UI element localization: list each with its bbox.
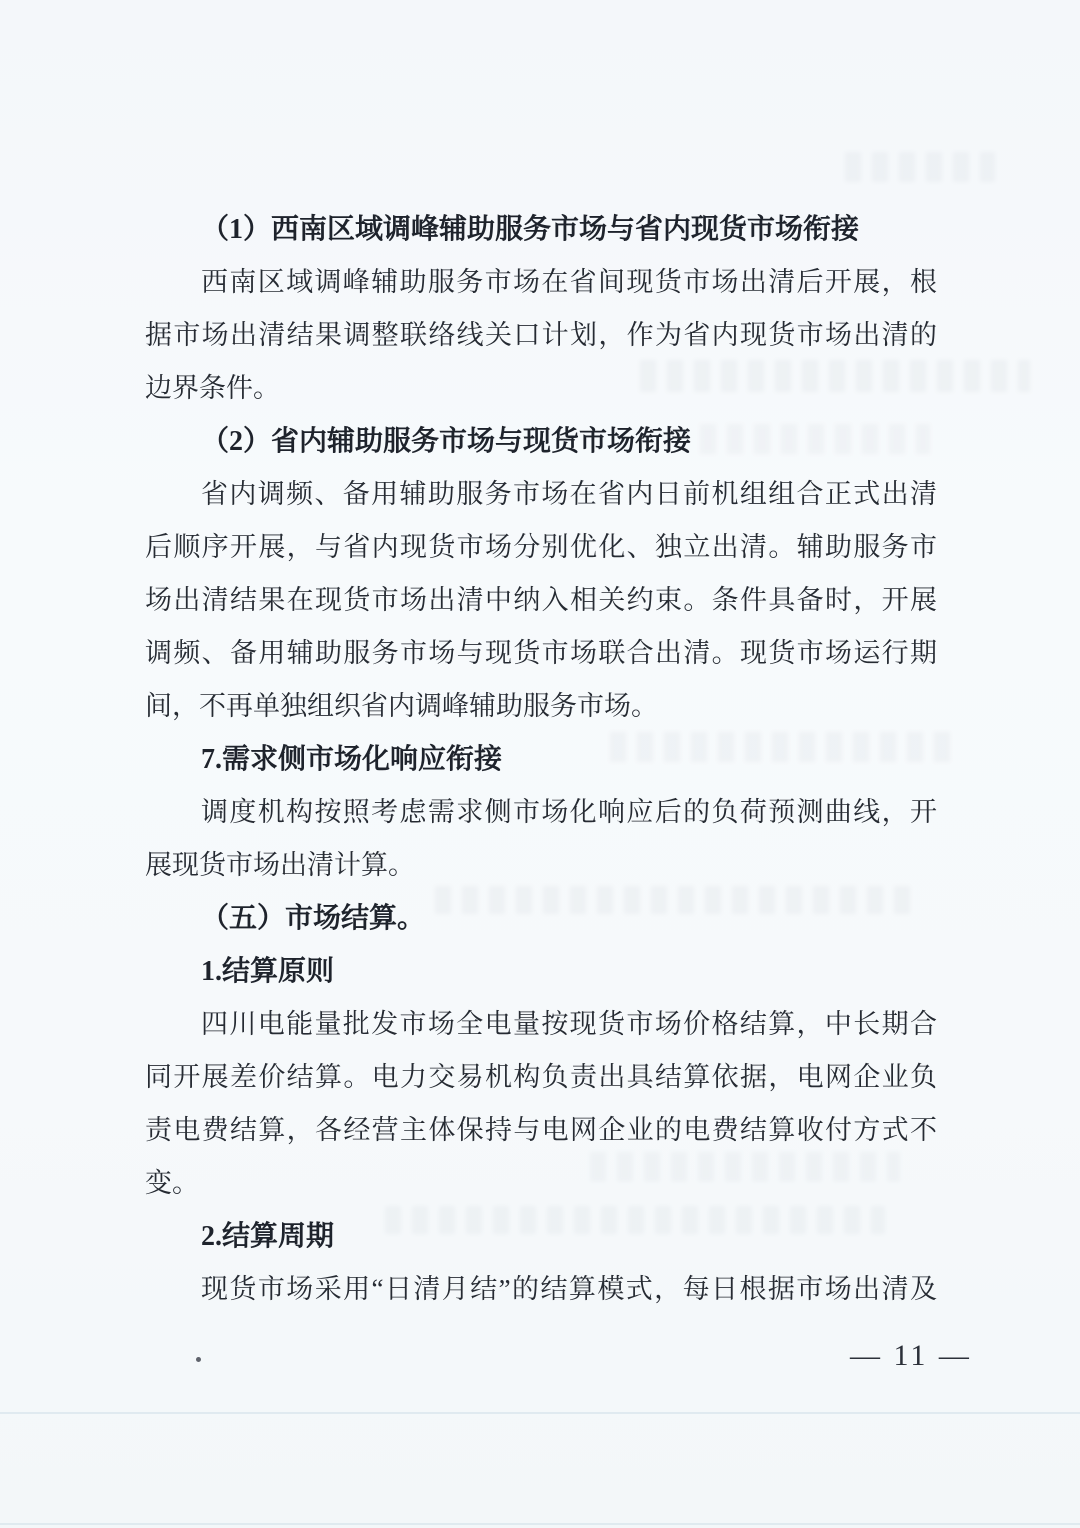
body-text-line: 四川电能量批发市场全电量按现货市场价格结算，中长期合: [145, 998, 937, 1051]
body-text-line: 变。: [145, 1157, 937, 1210]
document-page: { "document": { "lines": [ "（1）西南区域调峰辅助服…: [0, 0, 1080, 1528]
paper-background: （1）西南区域调峰辅助服务市场与省内现货市场衔接 西南区域调峰辅助服务市场在省间…: [0, 0, 1080, 1528]
heading-line: 2.结算周期: [145, 1210, 937, 1263]
body-text-line: 边界条件。: [145, 362, 937, 415]
body-text-line: 现货市场采用“日清月结”的结算模式，每日根据市场出清及: [145, 1263, 937, 1316]
body-text-line: 责电费结算，各经营主体保持与电网企业的电费结算收付方式不: [145, 1104, 937, 1157]
body-text-line: 省内调频、备用辅助服务市场在省内日前机组组合正式出清: [145, 468, 937, 521]
ink-speck-artifact: [196, 1357, 201, 1362]
body-text-line: 展现货市场出清计算。: [145, 839, 937, 892]
body-text-line: 后顺序开展，与省内现货市场分别优化、独立出清。辅助服务市: [145, 521, 937, 574]
body-text-line: 同开展差价结算。电力交易机构负责出具结算依据，电网企业负: [145, 1051, 937, 1104]
scan-band-artifact: [0, 1523, 1080, 1525]
body-text-line: 据市场出清结果调整联络线关口计划，作为省内现货市场出清的: [145, 309, 937, 362]
scan-bleed-artifact: [845, 152, 995, 182]
heading-line: 7.需求侧市场化响应衔接: [145, 733, 937, 786]
body-text-line: 调度机构按照考虑需求侧市场化响应后的负荷预测曲线，开: [145, 786, 937, 839]
heading-line: （五）市场结算。: [145, 892, 937, 945]
scan-band-artifact: [0, 1412, 1080, 1414]
heading-line: 1.结算原则: [145, 945, 937, 998]
page-number: — 11 —: [850, 1339, 972, 1373]
body-text-line: 场出清结果在现货市场出清中纳入相关约束。条件具备时，开展: [145, 574, 937, 627]
body-text-line: 间，不再单独组织省内调峰辅助服务市场。: [145, 680, 937, 733]
text-block: （1）西南区域调峰辅助服务市场与省内现货市场衔接 西南区域调峰辅助服务市场在省间…: [145, 203, 937, 1316]
body-text-line: 西南区域调峰辅助服务市场在省间现货市场出清后开展，根: [145, 256, 937, 309]
body-text-line: 调频、备用辅助服务市场与现货市场联合出清。现货市场运行期: [145, 627, 937, 680]
heading-line: （1）西南区域调峰辅助服务市场与省内现货市场衔接: [145, 203, 937, 256]
heading-line: （2）省内辅助服务市场与现货市场衔接: [145, 415, 937, 468]
